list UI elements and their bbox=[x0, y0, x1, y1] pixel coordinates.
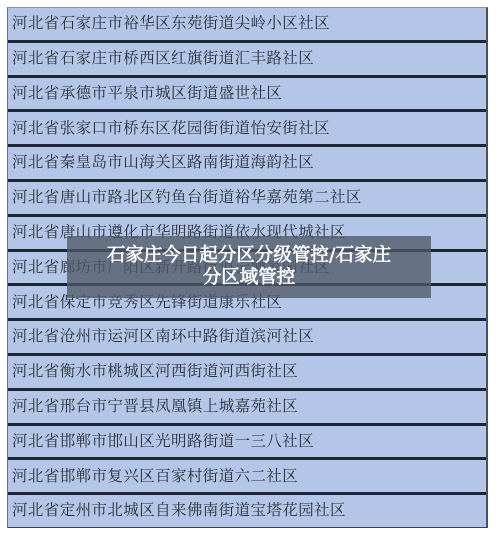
community-name: 河北省邯郸市邯山区光明路街道一三八社区 bbox=[12, 434, 314, 450]
table-row: 河北省石家庄市裕华区东苑街道尖岭小区社区 bbox=[8, 8, 486, 43]
community-name: 河北省秦皇岛市山海关区路南街道海韵社区 bbox=[12, 155, 314, 171]
table-row: 河北省邢台市宁晋县凤凰镇上城嘉苑社区 bbox=[8, 391, 486, 426]
table-row: 河北省石家庄市桥西区红旗街道汇丰路社区 bbox=[8, 43, 486, 78]
caption-overlay: 石家庄今日起分区分级管控/石家庄 分区域管控 bbox=[67, 236, 431, 298]
table-row: 河北省邯郸市邯山区光明路街道一三八社区 bbox=[8, 426, 486, 461]
table-row: 河北省唐山市路北区钓鱼台街道裕华嘉苑第二社区 bbox=[8, 182, 486, 217]
community-name: 河北省邯郸市复兴区百家村街道六二社区 bbox=[12, 469, 298, 485]
community-name: 河北省沧州市运河区南环中路街道滨河社区 bbox=[12, 329, 314, 345]
community-name: 河北省张家口市桥东区花园街街道怡安街社区 bbox=[12, 121, 330, 137]
community-name: 河北省邢台市宁晋县凤凰镇上城嘉苑社区 bbox=[12, 399, 298, 415]
table-row: 河北省承德市平泉市城区街道盛世社区 bbox=[8, 78, 486, 113]
table-row: 河北省定州市北城区自来佛南街道宝塔花园社区 bbox=[8, 495, 486, 527]
community-name: 河北省承德市平泉市城区街道盛世社区 bbox=[12, 86, 282, 102]
table-row: 河北省张家口市桥东区花园街街道怡安街社区 bbox=[8, 112, 486, 147]
table-row: 河北省沧州市运河区南环中路街道滨河社区 bbox=[8, 321, 486, 356]
community-name: 河北省石家庄市裕华区东苑街道尖岭小区社区 bbox=[12, 16, 330, 32]
table-row: 河北省邯郸市复兴区百家村街道六二社区 bbox=[8, 460, 486, 495]
community-name: 河北省衡水市桃城区河西街道河西街社区 bbox=[12, 364, 298, 380]
community-name: 河北省石家庄市桥西区红旗街道汇丰路社区 bbox=[12, 51, 314, 67]
table-row: 河北省秦皇岛市山海关区路南街道海韵社区 bbox=[8, 147, 486, 182]
caption-title-line-1: 石家庄今日起分区分级管控/石家庄 bbox=[107, 245, 391, 267]
table-row: 河北省衡水市桃城区河西街道河西街社区 bbox=[8, 356, 486, 391]
community-name: 河北省定州市北城区自来佛南街道宝塔花园社区 bbox=[12, 503, 346, 519]
community-name: 河北省唐山市路北区钓鱼台街道裕华嘉苑第二社区 bbox=[12, 190, 362, 206]
caption-title-line-2: 分区域管控 bbox=[203, 267, 296, 289]
